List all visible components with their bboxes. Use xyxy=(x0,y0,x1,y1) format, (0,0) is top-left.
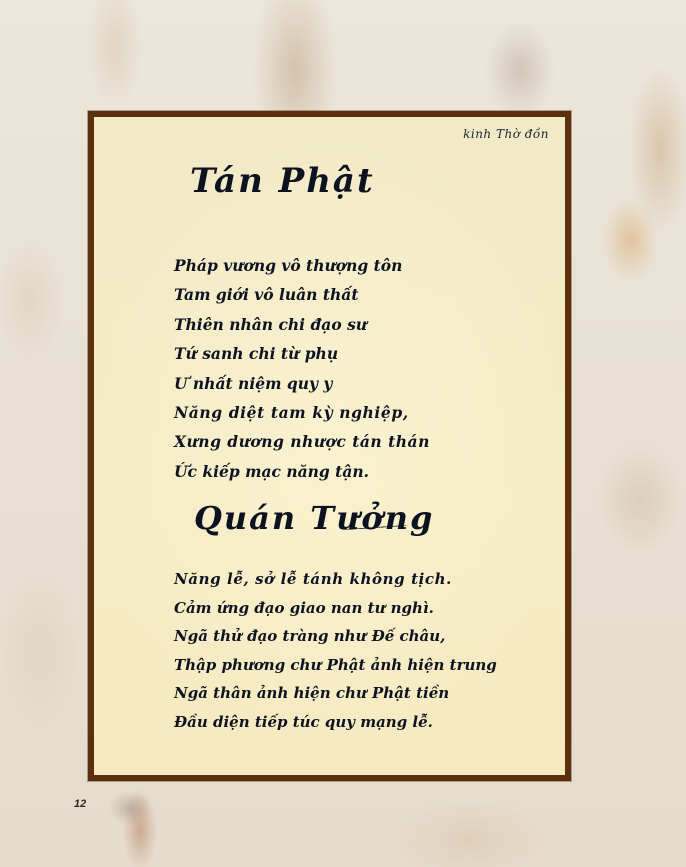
verse-tan-phat: Pháp vương vô thượng tôn Tam giới vô luâ… xyxy=(174,251,430,486)
verse-line: Đầu diện tiếp túc quy mạng lễ. xyxy=(174,708,497,737)
verse-line: Thiên nhân chi đạo sư xyxy=(174,310,430,339)
verse-line: Pháp vương vô thượng tôn xyxy=(174,251,430,280)
calligraphy-attribution: kinh Thờ đồn xyxy=(463,127,549,141)
verse-line: Ư nhất niệm quy y xyxy=(174,369,430,398)
section-title-tan-phat: Tán Phật xyxy=(190,161,375,201)
verse-line: Cảm ứng đạo giao nan tư nghì. xyxy=(174,594,497,623)
verse-line: Năng diệt tam kỳ nghiệp, xyxy=(174,398,430,427)
verse-line: Năng lễ, sở lễ tánh không tịch. xyxy=(174,565,497,594)
page-number: 12 xyxy=(74,798,86,810)
verse-line: Xưng dương nhược tán thán xyxy=(174,427,430,456)
verse-line: Ngã thử đạo tràng như Đế châu, xyxy=(174,622,497,651)
verse-quan-tuong: Năng lễ, sở lễ tánh không tịch. Cảm ứng … xyxy=(174,565,497,737)
calligraphy-frame: kinh Thờ đồn Tán Phật Pháp vương vô thượ… xyxy=(88,111,571,781)
verse-line: Ức kiếp mạc năng tận. xyxy=(174,457,430,486)
verse-line: Tam giới vô luân thất xyxy=(174,280,430,309)
verse-line: Thập phương chư Phật ảnh hiện trung xyxy=(174,651,497,680)
verse-line: Tứ sanh chi từ phụ xyxy=(174,339,430,368)
section-title-quan-tuong: Quán Tưởng xyxy=(194,499,434,537)
verse-line: Ngã thân ảnh hiện chư Phật tiền xyxy=(174,679,497,708)
